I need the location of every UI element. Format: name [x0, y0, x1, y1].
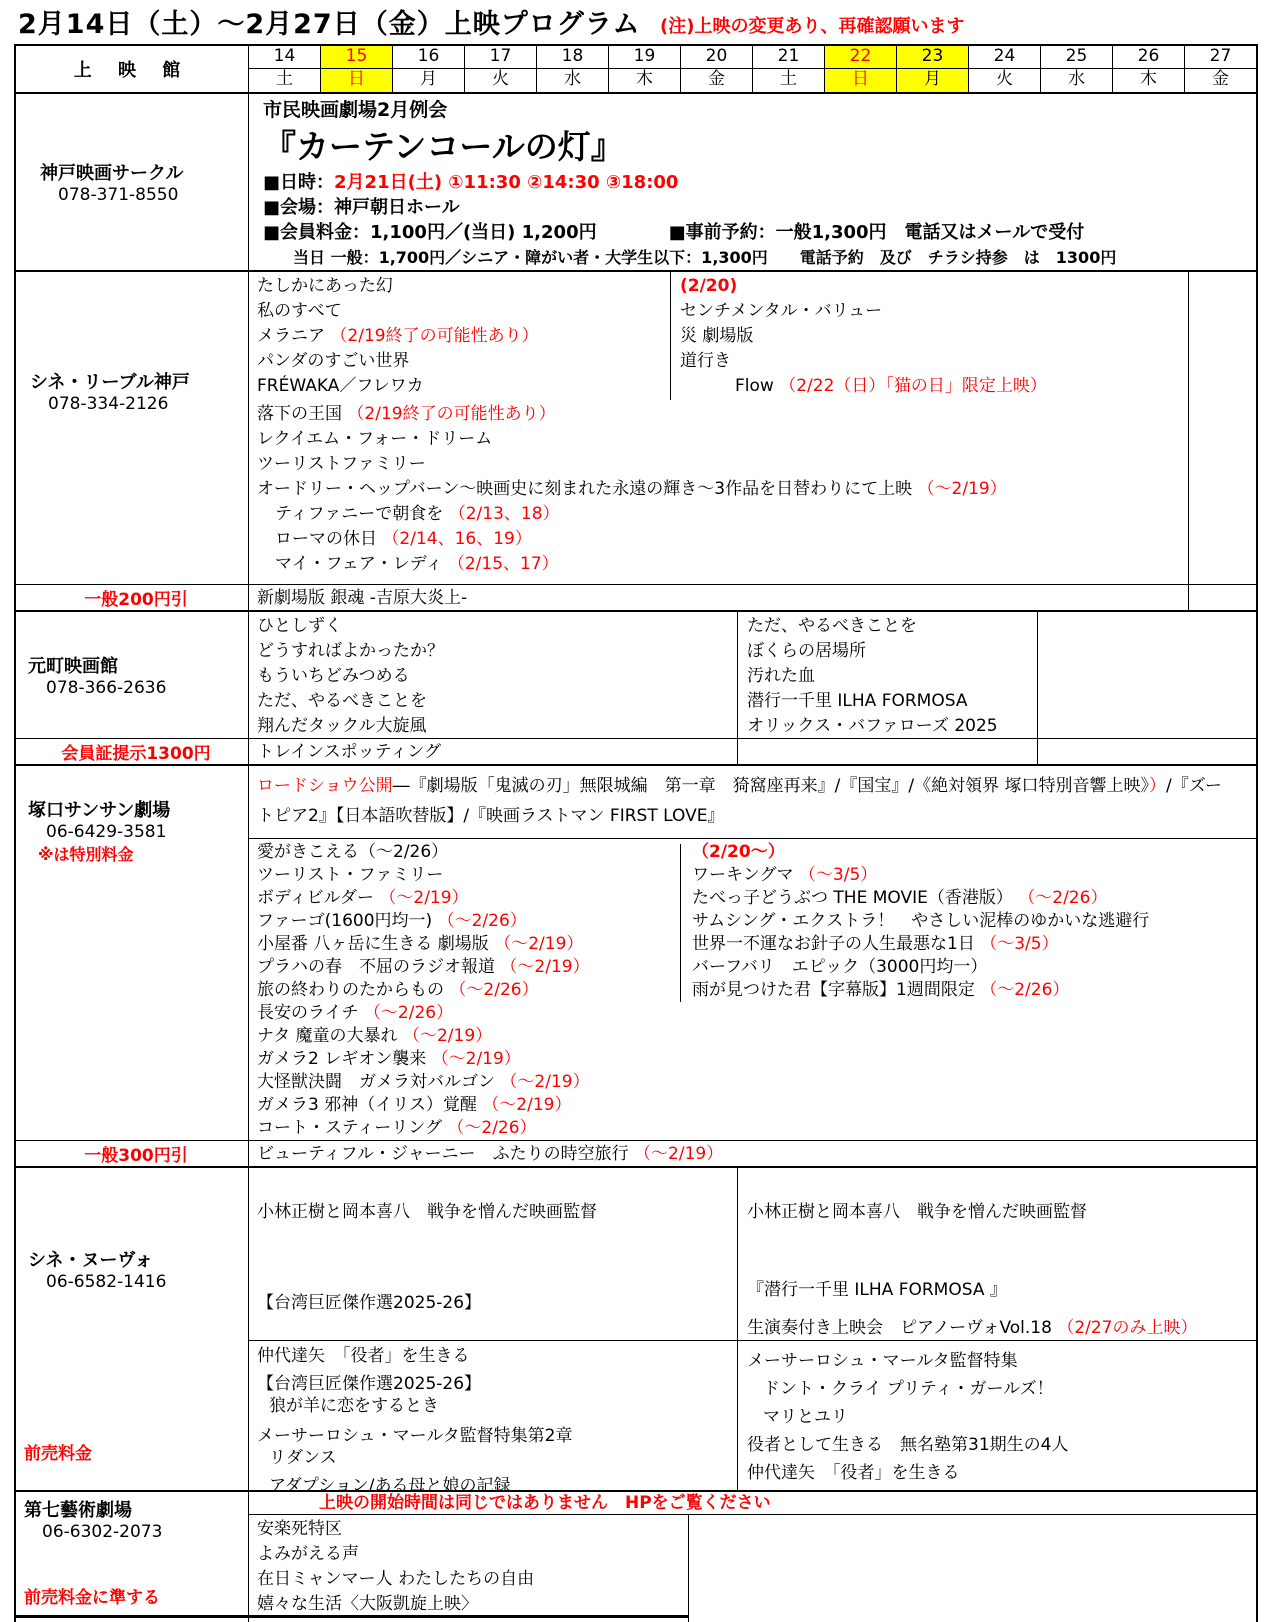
- text-line: ぼくらの居場所: [747, 639, 1252, 664]
- date-column: 20金: [680, 46, 752, 92]
- text-line: 市民映画劇場2月例会: [263, 96, 1252, 124]
- change-notice: (注)上映の変更あり、再確認願います: [660, 12, 964, 38]
- text-line: 安楽死特区: [257, 1517, 684, 1542]
- text-line: ボディビルダー （～2/19）: [257, 887, 676, 910]
- text-line: アダプション/ある母と娘の記録: [257, 1475, 733, 1490]
- venue-name: 塚口サンサン劇場: [28, 796, 248, 822]
- program-table: 上 映 館 14土15日16月17火18水19木20金21土22日23月24火2…: [14, 44, 1258, 1622]
- text-span: 私のすべて: [257, 301, 342, 321]
- text-line: 長安のライチ （～2/26）: [257, 1002, 676, 1025]
- date-weekday: 日: [321, 69, 392, 92]
- text-span: トピア2』【日本語吹替版】/『映画ラストマン FIRST LOVE』: [257, 806, 724, 826]
- date-column: 21土: [752, 46, 824, 92]
- date-weekday: 月: [897, 69, 968, 92]
- screening-program-page: 2月14日（土）～2月27日（金）上映プログラム (注)上映の変更あり、再確認願…: [0, 0, 1272, 1622]
- discount-label: 前売料金: [24, 1439, 92, 1464]
- text-line: [747, 1170, 1252, 1200]
- text-span: （～3/5）: [980, 934, 1058, 954]
- text-line: バーフバリ エピック（3000円均一）: [692, 956, 1252, 979]
- film-last-line: 新劇場版 銀魂 -吉原大炎上-: [249, 585, 1256, 610]
- text-span: ガメラ3 邪神（イリス）覚醒: [257, 1095, 482, 1115]
- text-span: （2/15、17）: [448, 554, 559, 574]
- venue-phone: 078-334-2126: [30, 394, 248, 414]
- text-span: オードリー・ヘップバーン～映画史に刻まれた永遠の輝き～3作品を日替わりにて上映: [257, 479, 918, 499]
- text-span: （～2/26）: [1018, 888, 1107, 908]
- text-span: （～2/26）: [447, 1118, 536, 1138]
- text-span: ―『劇場版「鬼滅の刃」無限城編 第一章 猗窩座再来』/『国宝』/《絶対領界 塚口…: [393, 776, 1149, 796]
- venue-phone: 06-6302-2073: [24, 1522, 248, 1542]
- text-span: 『カーテンコールの灯』: [263, 127, 624, 166]
- start-time-notice: 上映の開始時間は同じではありません HPをご覧ください: [249, 1492, 1256, 1515]
- text-span: 潜行一千里 ILHA FORMOSA: [747, 691, 967, 711]
- text-span: 嬉々な生活〈大阪凱旋上映〉: [257, 1594, 478, 1614]
- film-list-full: 落下の王国 （2/19終了の可能性あり）レクイエム・フォー・ドリームツーリストフ…: [249, 400, 1256, 577]
- text-line: FRÉWAKA／フレワカ: [257, 374, 666, 399]
- text-span: 新劇場版 銀魂 -吉原大炎上-: [257, 588, 467, 608]
- film-last-line: トレインスポッティング: [249, 739, 1256, 764]
- text-span: ワーキングマ: [692, 865, 799, 885]
- text-span: （2/19終了の可能性あり）: [347, 404, 555, 424]
- text-span: FRÉWAKA／フレワカ: [257, 376, 424, 396]
- date-weekday: 金: [1185, 69, 1256, 92]
- text-line: ワーキングマ （～3/5）: [692, 864, 1252, 887]
- text-span: （2/20～）: [692, 842, 785, 862]
- text-line: 潜行一千里 ILHA FORMOSA: [747, 689, 1252, 714]
- venue-phone: 06-6582-1416: [28, 1272, 248, 1292]
- special-price-note: ※は特別料金: [28, 842, 248, 865]
- text-span: 翔んだタックル大旋風: [257, 716, 427, 736]
- text-line: Flow （2/22（日）「猫の日」限定上映）: [680, 374, 1252, 399]
- text-line: ファーゴ(1600円均一) （～2/26）: [257, 910, 676, 933]
- text-line: プラハの春 不屈のラジオ報道 （～2/19）: [257, 956, 676, 979]
- text-span: （～2/19）: [500, 957, 589, 977]
- text-line: コート・スティーリング （～2/26）: [257, 1117, 676, 1140]
- text-span: （2/27のみ上映）: [1057, 1318, 1197, 1338]
- film-list-left: ひとしずくどうすればよかったか？もういちどみつめるただ、やるべきことを翔んだタッ…: [249, 612, 737, 738]
- text-line: レクイエム・フォー・ドリーム: [257, 427, 1252, 452]
- page-title: 2月14日（土）～2月27日（金）上映プログラム: [18, 2, 640, 41]
- date-column: 19木: [608, 46, 680, 92]
- text-span: アダプション/ある母と娘の記録: [269, 1476, 511, 1490]
- text-span: 役者として生きる 無名塾第31期生の4人: [747, 1435, 1068, 1455]
- column-divider: [670, 272, 671, 400]
- text-span: （～2/19）: [500, 1072, 589, 1092]
- text-span: もういちどみつめる: [257, 666, 410, 686]
- date-column: 16月: [392, 46, 464, 92]
- column-divider: [688, 1515, 689, 1622]
- right-edge-divider: [1188, 272, 1189, 610]
- page-header: 2月14日（土）～2月27日（金）上映プログラム (注)上映の変更あり、再確認願…: [0, 0, 1272, 44]
- date-weekday: 水: [537, 69, 608, 92]
- text-line: トピア2』【日本語吹替版】/『映画ラストマン FIRST LOVE』: [257, 801, 1252, 831]
- text-line: ガメラ2 レギオン襲来 （～2/19）: [257, 1048, 676, 1071]
- venue-column-header: 上 映 館: [16, 46, 249, 92]
- text-span: 小屋番 八ヶ岳に生きる 劇場版: [257, 934, 494, 954]
- text-line: ツーリストファミリー: [257, 452, 1252, 477]
- text-span: （～2/19）: [432, 1049, 521, 1069]
- text-span: 仲代達矢 「役者」を生きる: [747, 1463, 960, 1483]
- date-number: 16: [393, 46, 464, 69]
- text-span: 安楽死特区: [257, 1519, 342, 1539]
- text-span: ティファニーで朝食を: [275, 504, 449, 524]
- date-number: 21: [753, 46, 824, 69]
- text-line: トレインスポッティング: [257, 741, 1252, 764]
- text-line: 狼が羊に恋をするとき: [257, 1395, 733, 1417]
- text-span: （～2/19）: [918, 479, 1007, 499]
- text-line: よみがえる声: [257, 1542, 684, 1567]
- text-span: 汚れた血: [747, 666, 815, 686]
- text-line: 役者として生きる 無名塾第31期生の4人: [747, 1431, 1252, 1459]
- date-weekday: 木: [1113, 69, 1184, 92]
- text-line: 汚れた血: [747, 664, 1252, 689]
- date-weekday: 火: [465, 69, 536, 92]
- text-span: ぼくらの居場所: [747, 641, 866, 661]
- band: 第七藝術劇場 06-6302-2073 前売料金に準する 上映の開始時間は同じで…: [16, 1492, 1256, 1622]
- text-line: 新劇場版 銀魂 -吉原大炎上-: [257, 587, 1252, 610]
- film-list-right: メーサーロシュ・マールタ監督特集ドント・クライ プリティ・ガールズ！マリとユリ役…: [737, 1341, 1256, 1490]
- date-column: 27金: [1184, 46, 1256, 92]
- date-column: 26木: [1112, 46, 1184, 92]
- date-weekday: 木: [609, 69, 680, 92]
- text-span: ただ、やるべきことを: [257, 691, 427, 711]
- venue-info-cell: 塚口サンサン劇場 06-6429-3581 ※は特別料金: [16, 766, 249, 1140]
- film-list-left: 愛がきこえる（～2/26）ツーリスト・ファミリーボディビルダー （～2/19）フ…: [249, 839, 680, 1140]
- text-line: [747, 1225, 1252, 1278]
- film-list-right: [688, 1515, 1256, 1622]
- date-column: 17火: [464, 46, 536, 92]
- date-column: 24火: [968, 46, 1040, 92]
- venue-info-cell: シネ・リーブル神戸 078-334-2126: [16, 272, 249, 584]
- text-span: （～2/19）: [379, 888, 468, 908]
- program-band-1: 小林正樹と岡本喜八 戦争を憎んだ映画監督【台湾巨匠傑作選2025-26】 小林正…: [249, 1168, 1256, 1341]
- text-span: （～3/5）: [799, 865, 877, 885]
- text-line: ただ、やるべきことを: [747, 614, 1252, 639]
- table-bottom-border: [16, 1615, 689, 1618]
- two-column-film-area: 安楽死特区よみがえる声在日ミャンマー人 わたしたちの自由嬉々な生活〈大阪凱旋上映…: [249, 1515, 1256, 1622]
- band-footer: 一般200円引 新劇場版 銀魂 -吉原大炎上-: [16, 584, 1256, 610]
- text-span: ファーゴ(1600円均一): [257, 911, 438, 931]
- film-list-left: たしかにあった幻私のすべてメラニア （2/19終了の可能性あり）パンダのすごい世…: [249, 272, 670, 400]
- text-line: 小林正樹と岡本喜八 戦争を憎んだ映画監督: [747, 1200, 1252, 1225]
- text-span: 仲代達矢 「役者」を生きる: [257, 1346, 470, 1366]
- text-span: ロードショウ公開: [257, 776, 393, 796]
- film-list-left: 仲代達矢 「役者」を生きる【台湾巨匠傑作選2025-26】狼が羊に恋をするときメ…: [249, 1341, 737, 1490]
- text-span: パンダのすごい世界: [257, 351, 409, 371]
- text-span: 在日ミャンマー人 わたしたちの自由: [257, 1569, 534, 1589]
- date-number: 18: [537, 46, 608, 69]
- date-number: 27: [1185, 46, 1256, 69]
- text-span: 雨が見つけた君【字幕版】1週間限定: [692, 980, 980, 1000]
- text-span: 愛がきこえる（～2/26）: [257, 842, 448, 862]
- text-span: 災 劇場版: [680, 326, 753, 346]
- text-span: リダンス: [269, 1448, 337, 1468]
- text-span: 小林正樹と岡本喜八 戦争を憎んだ映画監督: [747, 1202, 1087, 1222]
- text-line: マイ・フェア・レディ （2/15、17）: [257, 552, 1252, 577]
- text-line: 私のすべて: [257, 299, 666, 324]
- column-divider: [737, 612, 738, 764]
- film-list-right: ただ、やるべきことをぼくらの居場所汚れた血潜行一千里 ILHA FORMOSAオ…: [737, 612, 1256, 738]
- text-line: 大怪獣決闘 ガメラ対バルゴン （～2/19）: [257, 1071, 676, 1094]
- date-number: 26: [1113, 46, 1184, 69]
- text-line: 愛がきこえる（～2/26）: [257, 841, 676, 864]
- band: シネ・リーブル神戸 078-334-2126 たしかにあった幻私のすべてメラニア…: [16, 272, 1256, 584]
- text-span: 旅の終わりのたからもの: [257, 980, 449, 1000]
- date-weekday: 日: [825, 69, 896, 92]
- text-line: 【台湾巨匠傑作選2025-26】: [257, 1373, 733, 1395]
- text-span: 『潜行一千里 ILHA FORMOSA 』: [747, 1280, 1007, 1300]
- text-line: ■会場：神戸朝日ホール: [263, 195, 1252, 220]
- text-span: どうすればよかったか？: [257, 641, 444, 661]
- discount-label: 会員証提示1300円: [61, 739, 210, 764]
- venue-row-kobe-eiga-circle: 神戸映画サークル 078-371-8550 市民映画劇場2月例会『カーテンコール…: [16, 92, 1256, 270]
- date-number: 22: [825, 46, 896, 69]
- films-cell: 上映の開始時間は同じではありません HPをご覧ください 安楽死特区よみがえる声在…: [249, 1492, 1256, 1622]
- text-line: 道行き: [680, 349, 1252, 374]
- venue-phone: 06-6429-3581: [28, 822, 248, 842]
- text-span: （～2/19）: [634, 1144, 723, 1164]
- text-span: ■日時：: [263, 172, 334, 193]
- text-line: ツーリスト・ファミリー: [257, 864, 676, 887]
- text-span: （～2/26）: [364, 1003, 453, 1023]
- text-span: サムシング・エクストラ！ やさしい泥棒のゆかいな逃避行: [692, 911, 1149, 931]
- text-line: [257, 1417, 733, 1425]
- date-number: 25: [1041, 46, 1112, 69]
- program-band-2: 仲代達矢 「役者」を生きる【台湾巨匠傑作選2025-26】狼が羊に恋をするときメ…: [249, 1341, 1256, 1490]
- film-last-line: ビューティフル・ジャーニー ふたりの時空旅行 （～2/19）: [249, 1141, 1256, 1166]
- text-span: /『ズー: [1166, 776, 1222, 796]
- text-span: (2/20): [680, 276, 737, 296]
- date-weekday: 月: [393, 69, 464, 92]
- text-span: コート・スティーリング: [257, 1118, 447, 1138]
- text-span: ビューティフル・ジャーニー ふたりの時空旅行: [257, 1144, 634, 1164]
- text-span: ■会場：神戸朝日ホール: [263, 197, 460, 218]
- text-line: ひとしずく: [257, 614, 733, 639]
- text-line: パンダのすごい世界: [257, 349, 666, 374]
- text-span: オリックス・バファローズ 2025: [747, 716, 998, 736]
- text-line: 【台湾巨匠傑作選2025-26】: [257, 1291, 733, 1316]
- venue-name: 第七藝術劇場: [24, 1496, 248, 1522]
- text-span: 道行き: [680, 351, 731, 371]
- venue-name: シネ・ヌーヴォ: [28, 1246, 248, 1272]
- text-span: ローマの休日: [275, 529, 382, 549]
- venue-row-motomachi-eigakan: 元町映画館 078-366-2636 ひとしずくどうすればよかったか？もういちど…: [16, 610, 1256, 764]
- text-line: (2/20): [680, 274, 1252, 299]
- film-list-right: 小林正樹と岡本喜八 戦争を憎んだ映画監督『潜行一千里 ILHA FORMOSA …: [737, 1168, 1256, 1340]
- text-line: ティファニーで朝食を （2/13、18）: [257, 502, 1252, 527]
- text-line: リダンス: [257, 1447, 733, 1469]
- text-span: マリとユリ: [763, 1407, 848, 1427]
- text-span: 【台湾巨匠傑作選2025-26】: [257, 1374, 481, 1394]
- film-list-right: （2/20～）ワーキングマ （～3/5）たべっ子どうぶつ THE MOVIE（香…: [680, 839, 1256, 1140]
- band: シネ・ヌーヴォ 06-6582-1416 前売料金 小林正樹と岡本喜八 戦争を憎…: [16, 1168, 1256, 1490]
- text-span: マイ・フェア・レディ: [275, 554, 448, 574]
- text-line: [257, 1170, 733, 1200]
- text-span: ツーリストファミリー: [257, 454, 426, 474]
- date-column: 25水: [1040, 46, 1112, 92]
- text-span: たべっ子どうぶつ THE MOVIE（香港版）: [692, 888, 1018, 908]
- text-span: ■会員料金：1,100円／(当日) 1,200円: [263, 222, 597, 243]
- date-weekday: 土: [249, 69, 320, 92]
- text-line: 在日ミャンマー人 わたしたちの自由: [257, 1567, 684, 1592]
- date-number: 17: [465, 46, 536, 69]
- venue-info-cell: 元町映画館 078-366-2636: [16, 612, 249, 738]
- films-cell: 小林正樹と岡本喜八 戦争を憎んだ映画監督【台湾巨匠傑作選2025-26】 小林正…: [249, 1168, 1256, 1490]
- venue-row-dainana-geijutsu: 第七藝術劇場 06-6302-2073 前売料金に準する 上映の開始時間は同じで…: [16, 1490, 1256, 1622]
- text-line: たべっ子どうぶつ THE MOVIE（香港版） （～2/26）: [692, 887, 1252, 910]
- text-span: （～2/19）: [494, 934, 583, 954]
- text-line: 旅の終わりのたからもの （～2/26）: [257, 979, 676, 1002]
- discount-label: 前売料金に準する: [24, 1583, 160, 1608]
- band: 神戸映画サークル 078-371-8550 市民映画劇場2月例会『カーテンコール…: [16, 94, 1256, 270]
- text-span: 2月21日(土) ①11:30 ②14:30 ③18:00: [334, 172, 678, 193]
- date-column: 14土: [249, 46, 320, 92]
- text-line: サムシング・エクストラ！ やさしい泥棒のゆかいな逃避行: [692, 910, 1252, 933]
- text-line: ドント・クライ プリティ・ガールズ！: [747, 1375, 1252, 1403]
- text-span: センチメンタル・バリュー: [680, 301, 882, 321]
- discount-cell: 一般300円引: [16, 1141, 249, 1166]
- text-line: 落下の王国 （2/19終了の可能性あり）: [257, 402, 1252, 427]
- text-span: 大怪獣決闘 ガメラ対バルゴン: [257, 1072, 500, 1092]
- films-cell: たしかにあった幻私のすべてメラニア （2/19終了の可能性あり）パンダのすごい世…: [249, 272, 1256, 584]
- text-line: ローマの休日 （2/14、16、19）: [257, 527, 1252, 552]
- date-weekday: 金: [681, 69, 752, 92]
- venue-phone: 078-371-8550: [40, 185, 248, 205]
- text-span: （～2/26）: [438, 911, 527, 931]
- text-span: ドント・クライ プリティ・ガールズ！: [763, 1379, 1054, 1399]
- date-weekday: 火: [969, 69, 1040, 92]
- venue-row-cine-libre-kobe: シネ・リーブル神戸 078-334-2126 たしかにあった幻私のすべてメラニア…: [16, 270, 1256, 610]
- venue-row-tsukaguchi-sunsun: 塚口サンサン劇場 06-6429-3581 ※は特別料金 ロードショウ公開―『劇…: [16, 764, 1256, 1166]
- text-line: 小林正樹と岡本喜八 戦争を憎んだ映画監督: [257, 1200, 733, 1225]
- column-divider: [680, 844, 681, 1002]
- text-line: ■日時：2月21日(土) ①11:30 ②14:30 ③18:00: [263, 170, 1252, 195]
- two-column-film-area: 愛がきこえる（～2/26）ツーリスト・ファミリーボディビルダー （～2/19）フ…: [249, 839, 1256, 1140]
- text-span: ツーリスト・ファミリー: [257, 865, 443, 885]
- text-line: [257, 1225, 733, 1291]
- venue-info-cell: 神戸映画サークル 078-371-8550: [16, 94, 249, 270]
- text-span: ■事前予約：一般1,300円 電話又はメールで受付: [597, 222, 1085, 243]
- text-line: もういちどみつめる: [257, 664, 733, 689]
- text-line: [747, 1303, 1252, 1316]
- text-span: ボディビルダー: [257, 888, 379, 908]
- text-line: ■会員料金：1,100円／(当日) 1,200円 ■事前予約：一般1,300円 …: [263, 220, 1252, 245]
- text-line: 『カーテンコールの灯』: [263, 124, 1252, 170]
- date-number: 23: [897, 46, 968, 69]
- text-span: 市民映画劇場2月例会: [263, 99, 447, 121]
- two-column-film-area: ひとしずくどうすればよかったか？もういちどみつめるただ、やるべきことを翔んだタッ…: [249, 612, 1256, 738]
- discount-label: 一般200円引: [84, 585, 188, 610]
- text-span: 世界一不運なお針子の人生最悪な1日: [692, 934, 980, 954]
- venue-name: 神戸映画サークル: [40, 159, 248, 185]
- venue-name: シネ・リーブル神戸: [30, 368, 248, 394]
- text-line: 嬉々な生活〈大阪凱旋上映〉: [257, 1592, 684, 1617]
- text-line: オードリー・ヘップバーン～映画史に刻まれた永遠の輝き～3作品を日替わりにて上映 …: [257, 477, 1252, 502]
- text-span: （2/14、16、19）: [382, 529, 531, 549]
- text-span: 小林正樹と岡本喜八 戦争を憎んだ映画監督: [257, 1202, 597, 1222]
- date-header-row: 上 映 館 14土15日16月17火18水19木20金21土22日23月24火2…: [16, 46, 1256, 92]
- date-number: 19: [609, 46, 680, 69]
- band-footer: 一般300円引 ビューティフル・ジャーニー ふたりの時空旅行 （～2/19）: [16, 1140, 1256, 1166]
- text-span: 狼が羊に恋をするとき: [269, 1396, 439, 1416]
- text-line: ビューティフル・ジャーニー ふたりの時空旅行 （～2/19）: [257, 1143, 1252, 1166]
- band: 塚口サンサン劇場 06-6429-3581 ※は特別料金 ロードショウ公開―『劇…: [16, 766, 1256, 1140]
- text-span: （2/13、18）: [449, 504, 560, 524]
- films-cell: ロードショウ公開―『劇場版「鬼滅の刃」無限城編 第一章 猗窩座再来』/『国宝』/…: [249, 766, 1256, 1140]
- text-line: 仲代達矢 「役者」を生きる: [257, 1345, 733, 1367]
- text-line: 雨が見つけた君【字幕版】1週間限定 （～2/26）: [692, 979, 1252, 1002]
- date-number: 20: [681, 46, 752, 69]
- date-column: 22日: [824, 46, 896, 92]
- text-line: ナタ 魔童の大暴れ （～2/19）: [257, 1025, 676, 1048]
- text-line: 当日 一般：1,700円／シニア・障がい者・大学生以下：1,300円 電話予約 …: [263, 245, 1252, 270]
- film-list-right: (2/20)センチメンタル・バリュー災 劇場版道行きFlow （2/22（日）「…: [670, 272, 1256, 400]
- text-span: （2/22（日）「猫の日」限定上映）: [779, 376, 1047, 396]
- text-span: （～2/26）: [980, 980, 1069, 1000]
- text-line: 小屋番 八ヶ岳に生きる 劇場版 （～2/19）: [257, 933, 676, 956]
- text-line: どうすればよかったか？: [257, 639, 733, 664]
- text-span: メラニア: [257, 326, 330, 346]
- band-footer: 会員証提示1300円 トレインスポッティング: [16, 738, 1256, 764]
- text-span: 落下の王国: [257, 404, 347, 424]
- text-span: たしかにあった幻: [257, 276, 393, 296]
- text-line: たしかにあった幻: [257, 274, 666, 299]
- venue-row-cine-nouveau: シネ・ヌーヴォ 06-6582-1416 前売料金 小林正樹と岡本喜八 戦争を憎…: [16, 1166, 1256, 1490]
- film-list-left: 小林正樹と岡本喜八 戦争を憎んだ映画監督【台湾巨匠傑作選2025-26】: [249, 1168, 737, 1340]
- text-span: （2/19終了の可能性あり）: [330, 326, 538, 346]
- text-span: （～2/19）: [403, 1026, 492, 1046]
- text-span: よみがえる声: [257, 1544, 359, 1564]
- text-span: Flow: [735, 376, 779, 396]
- text-line: 翔んだタックル大旋風: [257, 714, 733, 738]
- two-column-film-area: たしかにあった幻私のすべてメラニア （2/19終了の可能性あり）パンダのすごい世…: [249, 272, 1256, 400]
- text-span: レクイエム・フォー・ドリーム: [257, 429, 492, 449]
- date-weekday: 土: [753, 69, 824, 92]
- right-edge-divider: [1037, 612, 1038, 764]
- date-number: 24: [969, 46, 1040, 69]
- text-line: オリックス・バファローズ 2025: [747, 714, 1252, 738]
- text-span: メーサーロシュ・マールタ監督特集第2章: [257, 1426, 572, 1446]
- films-cell: 市民映画劇場2月例会『カーテンコールの灯』■日時：2月21日(土) ①11:30…: [249, 94, 1256, 270]
- text-line: センチメンタル・バリュー: [680, 299, 1252, 324]
- text-line: 『潜行一千里 ILHA FORMOSA 』: [747, 1278, 1252, 1303]
- text-span: ）: [1149, 776, 1166, 796]
- discount-label: 一般300円引: [84, 1141, 188, 1166]
- text-line: メラニア （2/19終了の可能性あり）: [257, 324, 666, 349]
- date-number: 15: [321, 46, 392, 69]
- venue-info-cell: シネ・ヌーヴォ 06-6582-1416 前売料金: [16, 1168, 249, 1490]
- text-span: メーサーロシュ・マールタ監督特集: [747, 1351, 1018, 1371]
- text-line: 災 劇場版: [680, 324, 1252, 349]
- column-divider: [737, 1168, 738, 1490]
- venue-phone: 078-366-2636: [28, 678, 248, 698]
- text-span: プラハの春 不屈のラジオ報道: [257, 957, 500, 977]
- text-line: ガメラ3 邪神（イリス）覚醒 （～2/19）: [257, 1094, 676, 1117]
- text-span: ガメラ2 レギオン襲来: [257, 1049, 432, 1069]
- date-weekday: 水: [1041, 69, 1112, 92]
- venue-info-cell: 第七藝術劇場 06-6302-2073 前売料金に準する: [16, 1492, 249, 1622]
- text-line: ただ、やるべきことを: [257, 689, 733, 714]
- text-span: ひとしずく: [257, 616, 342, 636]
- venue-name: 元町映画館: [28, 652, 248, 678]
- text-line: メーサーロシュ・マールタ監督特集第2章: [257, 1425, 733, 1447]
- text-line: マリとユリ: [747, 1403, 1252, 1431]
- text-line: ロードショウ公開―『劇場版「鬼滅の刃」無限城編 第一章 猗窩座再来』/『国宝』/…: [257, 771, 1252, 801]
- text-span: 生演奏付き上映会 ピアノーヴォVol.18: [747, 1318, 1057, 1338]
- text-span: ただ、やるべきことを: [747, 616, 917, 636]
- date-column: 18水: [536, 46, 608, 92]
- text-span: 長安のライチ: [257, 1003, 364, 1023]
- text-span: ナタ 魔童の大暴れ: [257, 1026, 403, 1046]
